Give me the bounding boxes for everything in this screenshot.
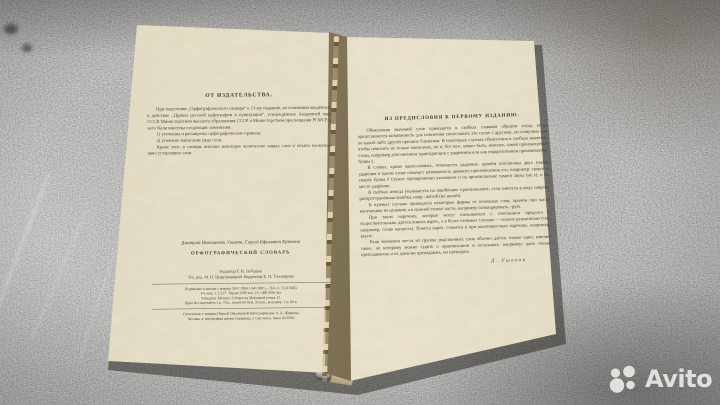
avito-logo-icon <box>606 361 640 397</box>
photo-scene: ОТ ИЗДАТЕЛЬСТВА. При подготовке „Орфогра… <box>0 0 720 405</box>
tech-editor-line: Тех. ред. М. П. Цирульницкий. Корректор … <box>149 273 333 280</box>
avito-wordmark: Avito <box>645 367 712 391</box>
stone-blotch <box>4 24 18 34</box>
publisher-paragraph: При подготовке „Орфографического словаря… <box>147 104 331 131</box>
stone-blotch <box>22 44 32 52</box>
left-page-content: ОТ ИЗДАТЕЛЬСТВА. При подготовке „Орфогра… <box>147 91 333 322</box>
book-title: ОРФОГРАФИЧЕСКИЙ СЛОВАРЬ <box>149 249 333 256</box>
preface-paragraph: Объяснения значений слов приводятся в ск… <box>357 122 548 165</box>
divider-rule <box>152 307 330 309</box>
divider-rule <box>152 282 330 284</box>
authors-line: Дмитрий Николаевич Ушаков, Сергей Ефимов… <box>149 238 333 245</box>
left-page-heading: ОТ ИЗДАТЕЛЬСТВА. <box>147 91 331 99</box>
right-page-content: ИЗ ПРЕДИСЛОВИЯ К ПЕРВОМУ ИЗДАНИЮ. Объясн… <box>357 111 551 267</box>
publisher-paragraph: Кроме того, в словарь внесено некоторое … <box>148 142 332 157</box>
avito-watermark: Avito <box>606 361 712 397</box>
imprint-line: Цена без переплёта 1 р. 70 к., переплёт … <box>149 299 333 306</box>
